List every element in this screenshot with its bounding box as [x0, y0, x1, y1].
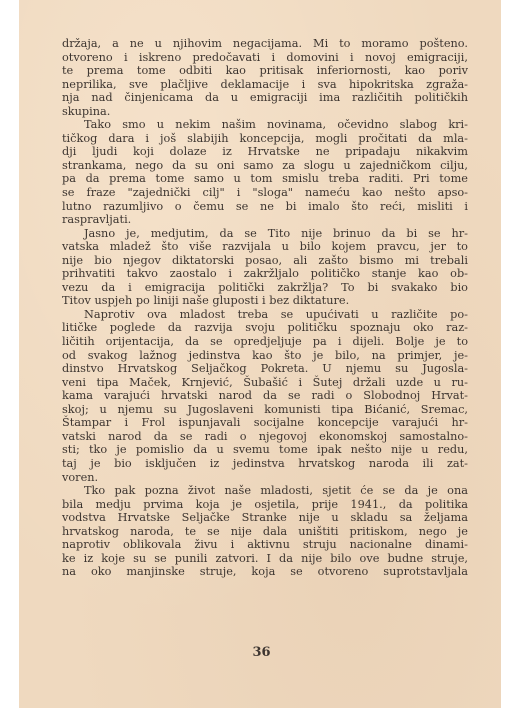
text-line: raspravljati.: [62, 213, 468, 227]
text-line: skupina.: [62, 105, 468, 119]
text-line: nije bio njegov diktatorski posao, ali z…: [62, 254, 468, 268]
text-line: vatska mladež što više razvijala u bilo …: [62, 240, 468, 254]
text-line: pa da prema tome samo u tom smislu treba…: [62, 172, 468, 186]
text-line: ke iz koje su se punili zatvori. I da ni…: [62, 552, 468, 566]
paragraph-start-line: Tako smo u nekim našim novinama, očevidn…: [62, 118, 468, 132]
text-line: strankama, nego da su oni samo za slogu …: [62, 159, 468, 173]
text-line: tičkog dara i još slabijih koncepcija, m…: [62, 132, 468, 146]
text-line: otvoreno i iskreno predočavati i domovin…: [62, 51, 468, 65]
text-line: bila medju prvima koja je osjetila, prij…: [62, 498, 468, 512]
text-line: vodstva Hrvatske Seljačke Stranke nije u…: [62, 511, 468, 525]
paragraph-start-line: Jasno je, medjutim, da se Tito nije brin…: [62, 227, 468, 241]
text-line: držaja, a ne u njihovim negacijama. Mi t…: [62, 37, 468, 51]
paragraph-start-line: Tko pak pozna život naše mladosti, sjeti…: [62, 484, 468, 498]
text-line: se fraze "zajednički cilj" i "sloga" nam…: [62, 186, 468, 200]
text-line: prihvatiti takvo zaostalo i zakržljalo p…: [62, 267, 468, 281]
text-line: litičke poglede da razvija svoju politič…: [62, 321, 468, 335]
text-line: naprotiv oblikovala živu i aktivnu struj…: [62, 538, 468, 552]
text-line: hrvatskog naroda, te se nije dala uništi…: [62, 525, 468, 539]
text-line: vezu da i emigracija politički zakržlja?…: [62, 281, 468, 295]
text-line: nja nad činjenicama da u emigraciji ima …: [62, 91, 468, 105]
paragraph-start-line: Naprotiv ova mladost treba se upućivati …: [62, 308, 468, 322]
text-line: kama varajući hrvatski narod da se radi …: [62, 389, 468, 403]
text-line: ličitih orijentacija, da se opredjeljuje…: [62, 335, 468, 349]
text-line: dinstvo Hrvatskog Seljačkog Pokreta. U n…: [62, 362, 468, 376]
text-line: sti; tko je pomislio da u svemu tome ipa…: [62, 443, 468, 457]
text-line: od svakog lažnog jedinstva kao što je bi…: [62, 349, 468, 363]
text-line: Štampar i Frol ispunjavali socijalne kon…: [62, 416, 468, 430]
text-line: vatski narod da se radi o njegovoj ekono…: [62, 430, 468, 444]
text-line: na oko manjinske struje, koja se otvoren…: [62, 565, 468, 579]
page-body-text: držaja, a ne u njihovim negacijama. Mi t…: [62, 37, 468, 579]
text-line: veni tipa Maček, Krnjević, Šubašić i Šut…: [62, 376, 468, 390]
page-number: 36: [0, 645, 523, 660]
text-line: skoj; u njemu su Jugoslaveni komunisti t…: [62, 403, 468, 417]
text-line: lutno razumljivo o čemu se ne bi imalo š…: [62, 200, 468, 214]
text-line: neprilika, sve plačljive deklamacije i s…: [62, 78, 468, 92]
text-line: Titov uspjeh po liniji naše gluposti i b…: [62, 294, 468, 308]
text-line: taj je bio isključen iz jedinstva hrvats…: [62, 457, 468, 471]
text-line: dji ljudi koji dolaze iz Hrvatske ne pri…: [62, 145, 468, 159]
text-line: te prema tome odbiti kao pritisak inferi…: [62, 64, 468, 78]
text-line: voren.: [62, 471, 468, 485]
